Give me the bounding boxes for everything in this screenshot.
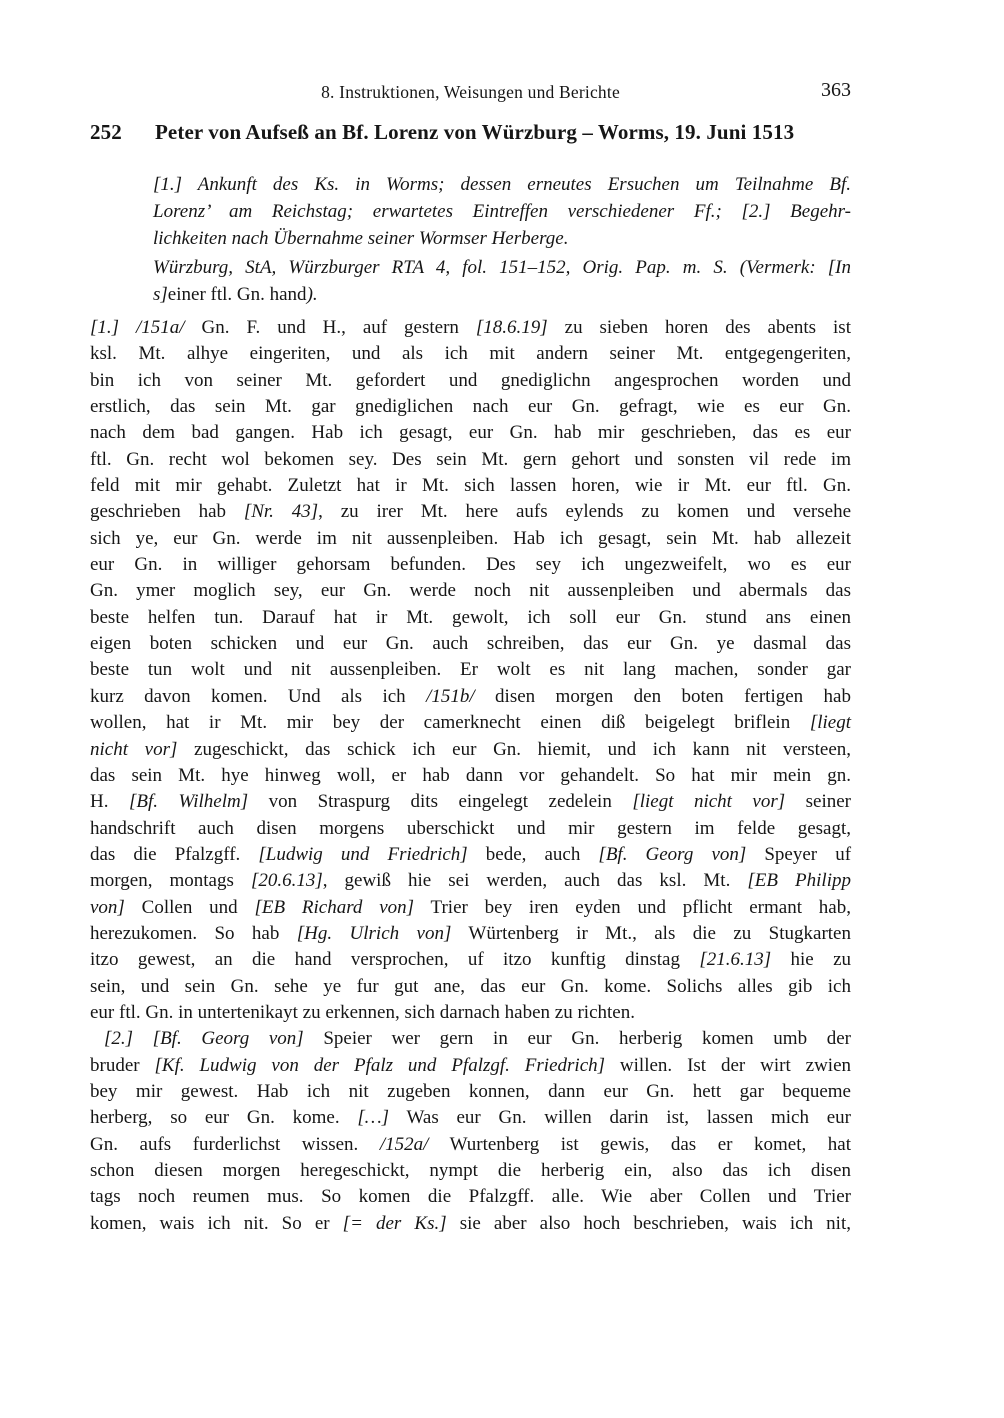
text-segment: Collen und [125,897,255,918]
italic-text-segment: ). [307,284,318,305]
text-line: komen, wais ich nit. So er [= der Ks.] s… [90,1211,851,1237]
text-segment: das sein Mt. hye hinweg woll, er hab dan… [90,765,851,786]
text-segment: bin ich von seiner Mt. gefordert und gne… [90,370,851,391]
paragraph-2: [2.] [Bf. Georg von] Speier wer gern in … [90,1026,851,1237]
text-segment: herberg, so eur Gn. kome. [90,1107,357,1128]
text-line: itzo gewest, an die hand versprochen, uf… [90,947,851,973]
text-line: sein, und sein Gn. sehe ye fur gut ane, … [90,974,851,1000]
text-line: Würzburg, StA, Würzburger RTA 4, fol. 15… [153,254,851,281]
italic-text-segment: [1.] /151a/ [90,317,202,338]
italic-text-segment: s] [153,284,168,305]
text-segment: feld mit mir gehabt. Zuletzt hat ir Mt. … [90,475,851,496]
text-segment: eigen boten schicken und eur Gn. auch sc… [90,633,851,654]
text-line: nicht vor] zugeschickt, das schick ich e… [90,737,851,763]
italic-text-segment: [21.6.13] [699,949,771,970]
text-segment: sein, und sein Gn. sehe ye fur gut ane, … [90,976,851,997]
text-segment: herezukomen. So hab [90,923,297,944]
italic-text-segment: [20.6.13] [251,870,323,891]
running-head-title: 8. Instruktionen, Weisungen und Berichte [90,82,851,102]
text-line: [1.] /151a/ Gn. F. und H., auf gestern [… [90,315,851,341]
italic-text-segment: Lorenz’ am Reichstag; erwartetes Eintref… [153,201,851,222]
text-line: bin ich von seiner Mt. gefordert und gne… [90,368,851,394]
text-segment: Was eur Gn. willen darin ist, lassen mic… [389,1107,851,1128]
italic-text-segment: [liegt nicht vor] [632,791,785,812]
text-line: H. [Bf. Wilhelm] von Straspurg dits eing… [90,789,851,815]
text-segment: ksl. Mt. alhye eingeriten, und als ich m… [90,343,851,364]
italic-text-segment: lichkeiten nach Übernahme seiner Wormser… [153,228,568,249]
text-line: handschrift auch disen morgens uberschic… [90,816,851,842]
text-segment: disen morgen den boten fertigen hab [475,686,851,707]
text-segment: Gn. ymer moglich sey, eur Gn. werde noch… [90,580,851,601]
text-line: eur Gn. in williger gehorsam befunden. D… [90,552,851,578]
page-number: 363 [821,80,851,100]
italic-text-segment: /152a/ [380,1134,429,1155]
text-segment: morgen, montags [90,870,251,891]
italic-text-segment: [liegt [810,712,851,733]
text-segment: willen. Ist der wirt zwien [605,1055,851,1076]
text-line: schon diesen morgen heregeschickt, nympt… [90,1158,851,1184]
text-line: bey mir gewest. Hab ich nit zugeben konn… [90,1079,851,1105]
text-line: tags noch reumen mus. So komen die Pfalz… [90,1184,851,1210]
text-segment: seiner [785,791,851,812]
text-line: ftl. Gn. recht wol bekomen sey. Des sein… [90,447,851,473]
text-segment: Gn. aufs furderlichst wissen. [90,1134,380,1155]
text-segment: von Straspurg dits eingelegt zedelein [248,791,632,812]
text-segment: hie zu [771,949,851,970]
text-line: herezukomen. So hab [Hg. Ulrich von] Wür… [90,921,851,947]
text-segment: ftl. Gn. recht wol bekomen sey. Des sein… [90,449,851,470]
text-segment: itzo gewest, an die hand versprochen, uf… [90,949,699,970]
italic-text-segment: /151b/ [426,686,475,707]
italic-text-segment: […] [357,1107,389,1128]
text-line: eigen boten schicken und eur Gn. auch sc… [90,631,851,657]
text-line: s]einer ftl. Gn. hand). [153,281,851,308]
italic-text-segment: [Ludwig und Friedrich] [258,844,467,865]
letter-body: [1.] /151a/ Gn. F. und H., auf gestern [… [90,315,851,1237]
text-line: nach dem bad gangen. Hab ich gesagt, eur… [90,420,851,446]
text-segment: schon diesen morgen heregeschickt, nympt… [90,1160,851,1181]
text-segment: geschrieben hab [90,501,244,522]
text-segment: sich ye, eur Gn. werde im nit aussenplei… [90,528,851,549]
text-segment: erstlich, das sein Mt. gar gnediglichen … [90,396,851,417]
running-head: 8. Instruktionen, Weisungen und Berichte… [90,82,851,106]
document-number: 252 [90,119,155,146]
italic-text-segment: [Bf. Georg von] [598,844,746,865]
italic-text-segment: [EB Richard von] [254,897,414,918]
book-page: 8. Instruktionen, Weisungen und Berichte… [0,0,1004,1418]
text-line: ksl. Mt. alhye eingeriten, und als ich m… [90,341,851,367]
text-segment: zugeschickt, das schick ich eur Gn. hiem… [177,739,851,760]
text-segment: bede, auch [468,844,599,865]
text-segment: , gewiß hie sei werden, auch das ksl. Mt… [323,870,748,891]
text-segment: komen, wais ich nit. So er [90,1213,343,1234]
text-segment: das die Pfalzgff. [90,844,258,865]
italic-text-segment: [Hg. Ulrich von] [297,923,452,944]
text-line: eur ftl. Gn. in untertenikayt zu erkenne… [90,1000,851,1026]
text-line: das die Pfalzgff. [Ludwig und Friedrich]… [90,842,851,868]
italic-text-segment: [Bf. Wilhelm] [129,791,248,812]
text-segment: bey mir gewest. Hab ich nit zugeben konn… [90,1081,851,1102]
text-segment: H. [90,791,129,812]
text-line: Gn. aufs furderlichst wissen. /152a/ Wur… [90,1132,851,1158]
italic-text-segment: [Kf. Ludwig von der Pfalz und Pfalzgf. F… [155,1055,606,1076]
text-line: das sein Mt. hye hinweg woll, er hab dan… [90,763,851,789]
text-segment: einer ftl. Gn. hand [168,284,307,305]
text-segment: beste tun wolt und nit aussenpleiben. Er… [90,659,851,680]
text-segment: beste helfen tun. Darauf hat ir Mt. gewo… [90,607,851,628]
italic-text-segment: [18.6.19] [476,317,548,338]
text-line: bruder [Kf. Ludwig von der Pfalz und Pfa… [90,1053,851,1079]
italic-text-segment: [2.] [Bf. Georg von] [104,1028,304,1049]
italic-text-segment: [Nr. 43] [244,501,318,522]
text-line: beste helfen tun. Darauf hat ir Mt. gewo… [90,605,851,631]
source-reference-block: Würzburg, StA, Würzburger RTA 4, fol. 15… [153,254,851,308]
text-segment: Gn. F. und H., auf gestern [202,317,476,338]
text-line: sich ye, eur Gn. werde im nit aussenplei… [90,526,851,552]
text-segment: Speyer uf [746,844,851,865]
italic-text-segment: nicht vor] [90,739,177,760]
text-segment: zu sieben horen des abents ist [548,317,851,338]
text-line: erstlich, das sein Mt. gar gnediglichen … [90,394,851,420]
document-heading: 252 Peter von Aufseß an Bf. Lorenz von W… [90,119,851,146]
text-segment: Würtenberg ir Mt., als die zu Stugkarten [451,923,851,944]
paragraph-1: [1.] /151a/ Gn. F. und H., auf gestern [… [90,315,851,1026]
text-line: kurz davon komen. Und als ich /151b/ dis… [90,684,851,710]
italic-text-segment: Würzburg, StA, Würzburger RTA 4, fol. 15… [153,257,851,278]
italic-text-segment: [= der Ks.] [343,1213,447,1234]
text-line: lichkeiten nach Übernahme seiner Wormser… [153,225,851,252]
italic-text-segment: [EB Philipp [747,870,851,891]
text-segment: Trier bey iren eyden und pflicht ermant … [414,897,851,918]
text-segment: tags noch reumen mus. So komen die Pfalz… [90,1186,851,1207]
text-line: morgen, montags [20.6.13], gewiß hie sei… [90,868,851,894]
text-segment: sie aber also hoch beschrieben, wais ich… [447,1213,851,1234]
text-segment: bruder [90,1055,155,1076]
text-segment: Wurtenberg ist gewis, das er komet, hat [428,1134,851,1155]
text-segment: , zu irer Mt. here aufs eylends zu komen… [318,501,851,522]
text-segment: wollen, hat ir Mt. mir bey der camerknec… [90,712,810,733]
text-line: Lorenz’ am Reichstag; erwartetes Eintref… [153,198,851,225]
document-title: Peter von Aufseß an Bf. Lorenz von Würzb… [155,119,851,146]
summary-block: [1.] Ankunft des Ks. in Worms; dessen er… [153,171,851,252]
text-line: geschrieben hab [Nr. 43], zu irer Mt. he… [90,499,851,525]
italic-text-segment: von] [90,897,125,918]
text-line: beste tun wolt und nit aussenpleiben. Er… [90,657,851,683]
text-line: Gn. ymer moglich sey, eur Gn. werde noch… [90,578,851,604]
text-line: [2.] [Bf. Georg von] Speier wer gern in … [90,1026,851,1052]
text-line: feld mit mir gehabt. Zuletzt hat ir Mt. … [90,473,851,499]
text-segment: Speier wer gern in eur Gn. herberig kome… [304,1028,851,1049]
text-segment: eur ftl. Gn. in untertenikayt zu erkenne… [90,1002,635,1023]
text-line: von] Collen und [EB Richard von] Trier b… [90,895,851,921]
italic-text-segment: [1.] Ankunft des Ks. in Worms; dessen er… [153,174,851,195]
text-line: wollen, hat ir Mt. mir bey der camerknec… [90,710,851,736]
text-segment: eur Gn. in williger gehorsam befunden. D… [90,554,851,575]
text-line: [1.] Ankunft des Ks. in Worms; dessen er… [153,171,851,198]
text-segment: kurz davon komen. Und als ich [90,686,426,707]
text-line: herberg, so eur Gn. kome. […] Was eur Gn… [90,1105,851,1131]
text-segment: handschrift auch disen morgens uberschic… [90,818,851,839]
text-segment: nach dem bad gangen. Hab ich gesagt, eur… [90,422,851,443]
